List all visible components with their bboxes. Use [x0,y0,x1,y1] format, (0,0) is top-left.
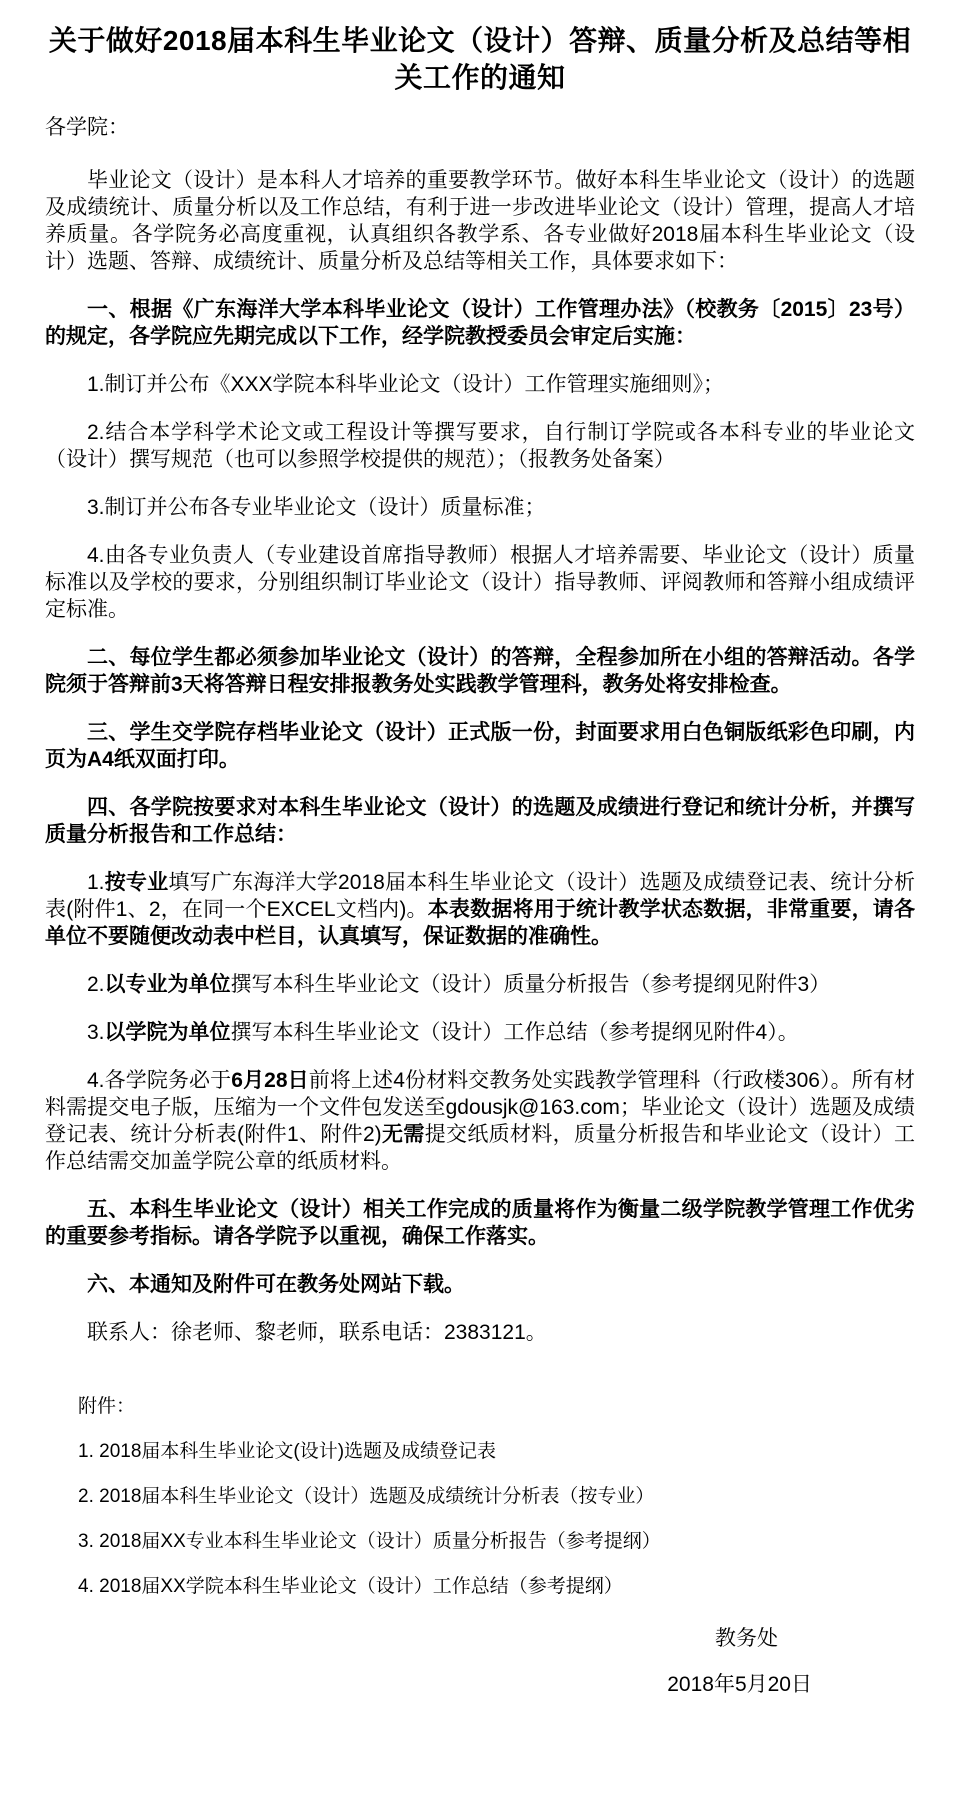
item-1-bold-run: 按专业 [105,871,169,894]
item-4-bold-run: 无需 [382,1123,425,1146]
section-1-item-3: 3.制订并公布各专业毕业论文（设计）质量标准； [45,494,915,521]
attachment-item-1: 1. 2018届本科生毕业论文(设计)选题及成绩登记表 [78,1439,915,1464]
document-title: 关于做好2018届本科生毕业论文（设计）答辩、质量分析及总结等相关工作的通知 [45,22,915,96]
attachment-item-3: 3. 2018届XX专业本科生毕业论文（设计）质量分析报告（参考提纲） [78,1529,915,1554]
issue-date: 2018年5月20日 [45,1671,915,1698]
section-1-item-1: 1.制订并公布《XXX学院本科毕业论文（设计）工作管理实施细则》； [45,371,915,398]
attachment-item-2: 2. 2018届本科生毕业论文（设计）选题及成绩统计分析表（按专业） [78,1484,915,1509]
item-2-number: 2. [87,973,105,996]
section-3-paragraph: 三、学生交学院存档毕业论文（设计）正式版一份，封面要求用白色铜版纸彩色印刷，内页… [45,719,915,773]
section-1-heading: 一、根据《广东海洋大学本科毕业论文（设计）工作管理办法》（校教务〔2015〕23… [45,296,915,350]
section-4-item-4: 4.各学院务必于6月28日前将上述4份材料交教务处实践教学管理科（行政楼306）… [45,1067,915,1175]
signature-block: 教务处 2018年5月20日 [45,1625,915,1698]
salutation: 各学院： [45,114,915,141]
item-2-text-run: 撰写本科生毕业论文（设计）质量分析报告（参考提纲见附件3） [231,973,831,996]
item-3-text-run: 撰写本科生毕业论文（设计）工作总结（参考提纲见附件4）。 [231,1021,799,1044]
item-4-deadline: 6月28日 [231,1069,308,1092]
section-2-paragraph: 二、每位学生都必须参加毕业论文（设计）的答辩，全程参加所在小组的答辩活动。各学院… [45,644,915,698]
item-2-bold-run: 以专业为单位 [105,973,231,996]
section-4-item-3: 3.以学院为单位撰写本科生毕业论文（设计）工作总结（参考提纲见附件4）。 [45,1019,915,1046]
intro-paragraph: 毕业论文（设计）是本科人才培养的重要教学环节。做好本科生毕业论文（设计）的选题及… [45,167,915,275]
section-5-paragraph: 五、本科生毕业论文（设计）相关工作完成的质量将作为衡量二级学院教学管理工作优劣的… [45,1196,915,1250]
section-1-item-2: 2.结合本学科学术论文或工程设计等撰写要求，自行制订学院或各本科专业的毕业论文（… [45,419,915,473]
section-4-item-1: 1.按专业填写广东海洋大学2018届本科生毕业论文（设计）选题及成绩登记表、统计… [45,869,915,950]
item-1-number: 1. [87,871,105,894]
contact-line: 联系人：徐老师、黎老师，联系电话：2383121。 [45,1319,915,1346]
attachment-item-4: 4. 2018届XX学院本科生毕业论文（设计）工作总结（参考提纲） [78,1574,915,1599]
section-6-paragraph: 六、本通知及附件可在教务处网站下载。 [45,1271,915,1298]
section-4-heading: 四、各学院按要求对本科生毕业论文（设计）的选题及成绩进行登记和统计分析，并撰写质… [45,794,915,848]
attachments-block: 附件： 1. 2018届本科生毕业论文(设计)选题及成绩登记表 2. 2018届… [78,1394,915,1599]
item-3-bold-run: 以学院为单位 [105,1021,231,1044]
attachments-label: 附件： [78,1394,915,1419]
section-4-item-2: 2.以专业为单位撰写本科生毕业论文（设计）质量分析报告（参考提纲见附件3） [45,971,915,998]
section-1-item-4: 4.由各专业负责人（专业建设首席指导教师）根据人才培养需要、毕业论文（设计）质量… [45,542,915,623]
issuing-department: 教务处 [45,1625,915,1652]
notice-document: 关于做好2018届本科生毕业论文（设计）答辩、质量分析及总结等相关工作的通知 各… [0,0,960,1814]
item-3-number: 3. [87,1021,105,1044]
item-4-lead: 4.各学院务必于 [87,1069,231,1092]
